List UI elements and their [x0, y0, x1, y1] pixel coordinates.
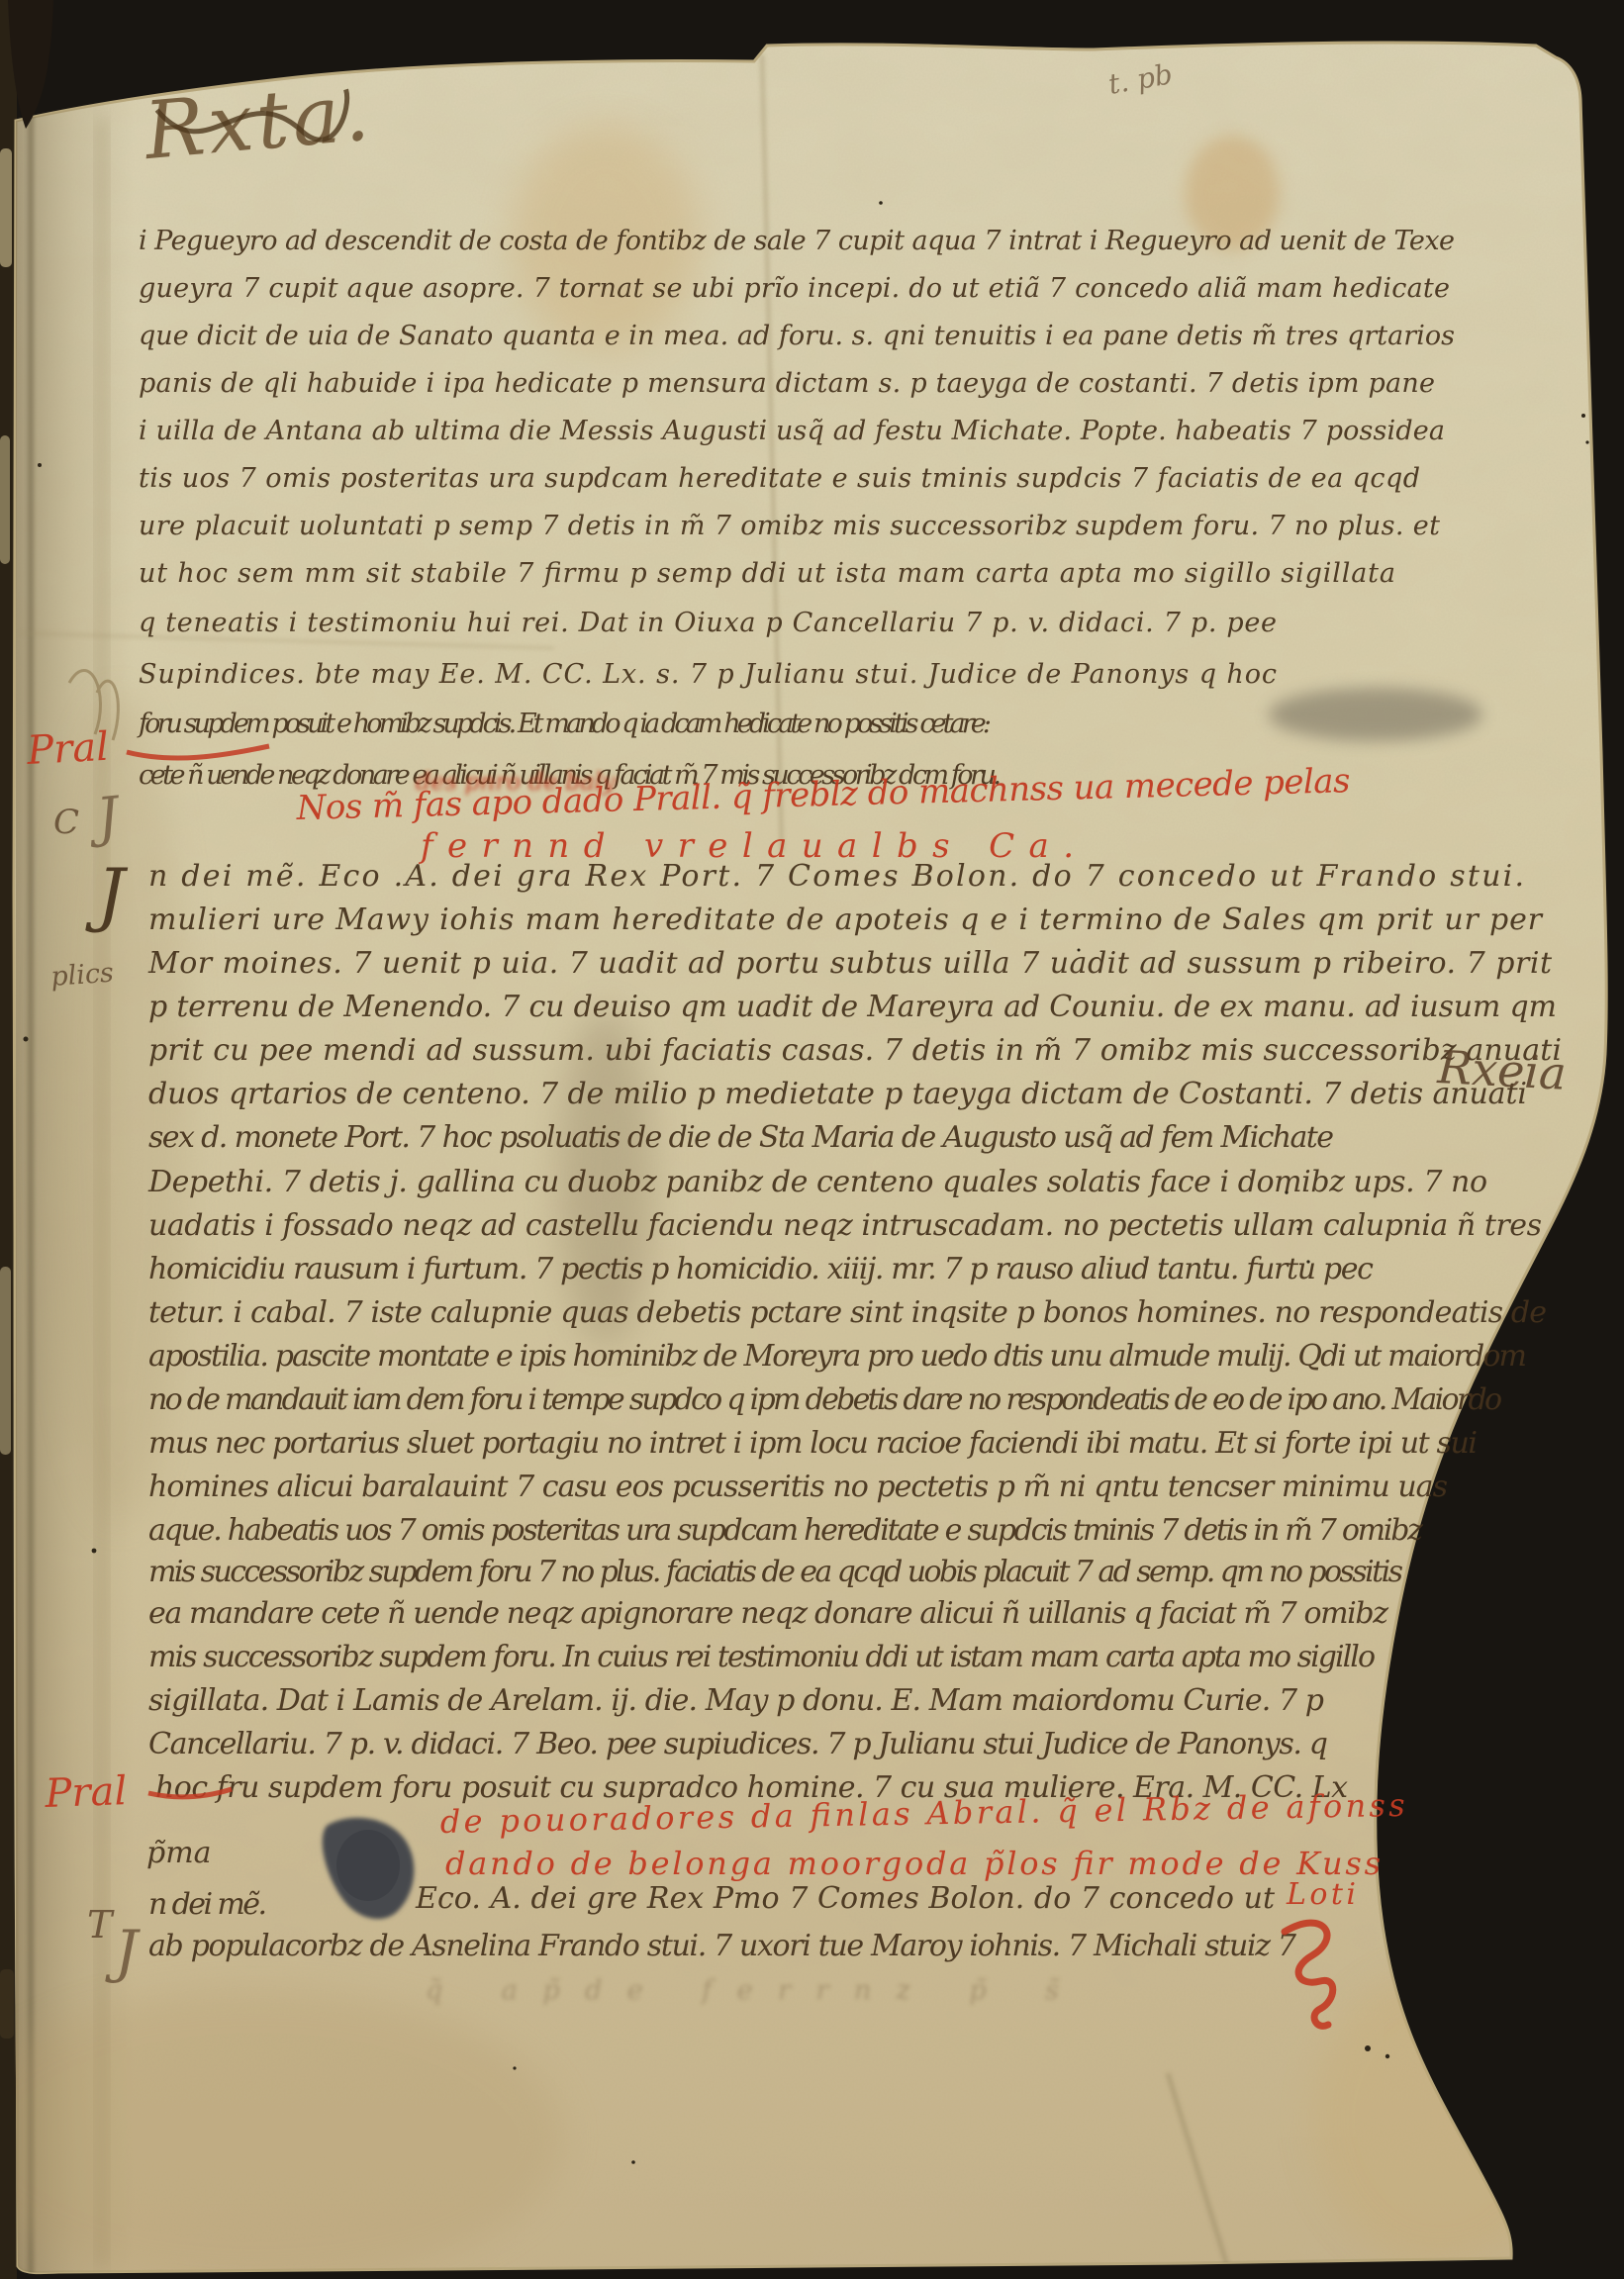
text-line: apostilia. pascite montate e ipis homini… [148, 1339, 1527, 1374]
text-line: mis successoribz supdem foru 7 no plus. … [148, 1555, 1403, 1589]
gutter-fold-line [28, 59, 34, 2276]
manuscript-svg: Rxta. t. pb i Pegueyro ad descendit de c… [0, 0, 1624, 2279]
text-line: n dei mẽ. Eco .A. dei gra Rex Port. 7 Co… [148, 859, 1524, 894]
text-line: ure placuit uoluntati p semp 7 detis in … [139, 511, 1440, 541]
text-line: homines alicui baralauint 7 casu eos pcu… [148, 1470, 1448, 1504]
text-line: ut hoc sem mm sit stabile 7 firmu p semp… [139, 558, 1395, 589]
text-line: no de mandauit iam dem foru i tempe supd… [148, 1382, 1502, 1417]
text-line: Supindices. bte may Ee. M. CC. Lx. s. 7 … [139, 659, 1277, 690]
text-line: q teneatis i testimoniu hui rei. Dat in … [139, 608, 1277, 638]
folio-fragment [0, 435, 10, 564]
text-line: duos qrtarios de centeno. 7 de milio p m… [148, 1077, 1527, 1111]
text-line: homicidiu rausum i furtum. 7 pectis p ho… [148, 1252, 1374, 1286]
margin-note-plics: plics [49, 958, 115, 993]
text-line: sex d. monete Port. 7 hoc psoluatis de d… [148, 1120, 1334, 1155]
text-line: tis uos 7 omis posteritas ura supdcam he… [139, 463, 1420, 494]
text-line: foru supdem posuit e homibz supdcis. Et … [137, 709, 992, 739]
text-line: uadatis i fossado neqz ad castellu facie… [148, 1208, 1542, 1243]
margin-prima: p̃ma [146, 1836, 212, 1870]
text-line: tetur. i cabal. 7 iste calupnie quas deb… [148, 1295, 1547, 1330]
text-line: ab populacorbz de Asnelina Frando stui. … [148, 1929, 1297, 1963]
text-line: prit cu pee mendi ad sussum. ubi faciati… [148, 1033, 1562, 1068]
folio-fragment [0, 1267, 11, 1455]
manuscript-scan-page: Rxta. t. pb i Pegueyro ad descendit de c… [0, 0, 1624, 2279]
text-line: que dicit de uia de Sanato quanta e in m… [139, 321, 1455, 351]
text-line: ea mandare cete ñ uende neqz apignorare … [148, 1596, 1388, 1631]
text-line: panis de qli habuide i ipa hedicate p me… [139, 368, 1435, 399]
text-line: mus nec portarius sluet portagiu no intr… [148, 1426, 1478, 1461]
text-line: mulieri ure Mawy iohis mam hereditate de… [148, 902, 1544, 937]
text-line: mis successoribz supdem foru. In cuius r… [148, 1640, 1376, 1674]
margin-c-mark: C [53, 803, 79, 842]
text-block-b: J n dei mẽ. Eco .A. dei gra Rex Port. 7 … [85, 854, 1562, 1805]
text-line: i uilla de Antana ab ultima die Messis A… [139, 416, 1445, 446]
margin-red-text: Pral [25, 724, 110, 774]
text-line: sigillata. Dat i Lamis de Arelam. ij. di… [148, 1683, 1324, 1718]
text-line: Eco. A. dei gre Rex Pmo 7 Comes Bolon. d… [415, 1881, 1276, 1916]
folio-dark-mark [0, 1969, 14, 2039]
rubric-line: dando de belonga moorgoda p̃los fir mode… [445, 1845, 1381, 1882]
text-line: Mor moines. 7 uenit p uia. 7 uadit ad po… [147, 946, 1553, 981]
margin-red-text: Pral [44, 1768, 128, 1817]
text-line: p terrenu de Menendo. 7 cu deuiso qm uad… [148, 990, 1557, 1024]
margin-note-right-flourish: Rxeia [1435, 1040, 1568, 1100]
text-line: Cancellariu. 7 p. v. didaci. 7 Beo. pee … [148, 1727, 1328, 1761]
text-line: gueyra 7 cupit aque asopre. 7 tornat se … [139, 273, 1450, 304]
gray-smudge [1269, 688, 1482, 741]
text-line: aque. habeatis uos 7 omis posteritas ura… [148, 1513, 1423, 1548]
folio-fragment [0, 148, 12, 267]
text-line: n dei mẽ. [148, 1887, 267, 1922]
text-line: Depethi. 7 detis j. gallina cu duobz pan… [147, 1165, 1487, 1199]
text-line: i Pegueyro ad descendit de costa de font… [139, 226, 1455, 256]
margin-t-mark: T [87, 1903, 115, 1947]
